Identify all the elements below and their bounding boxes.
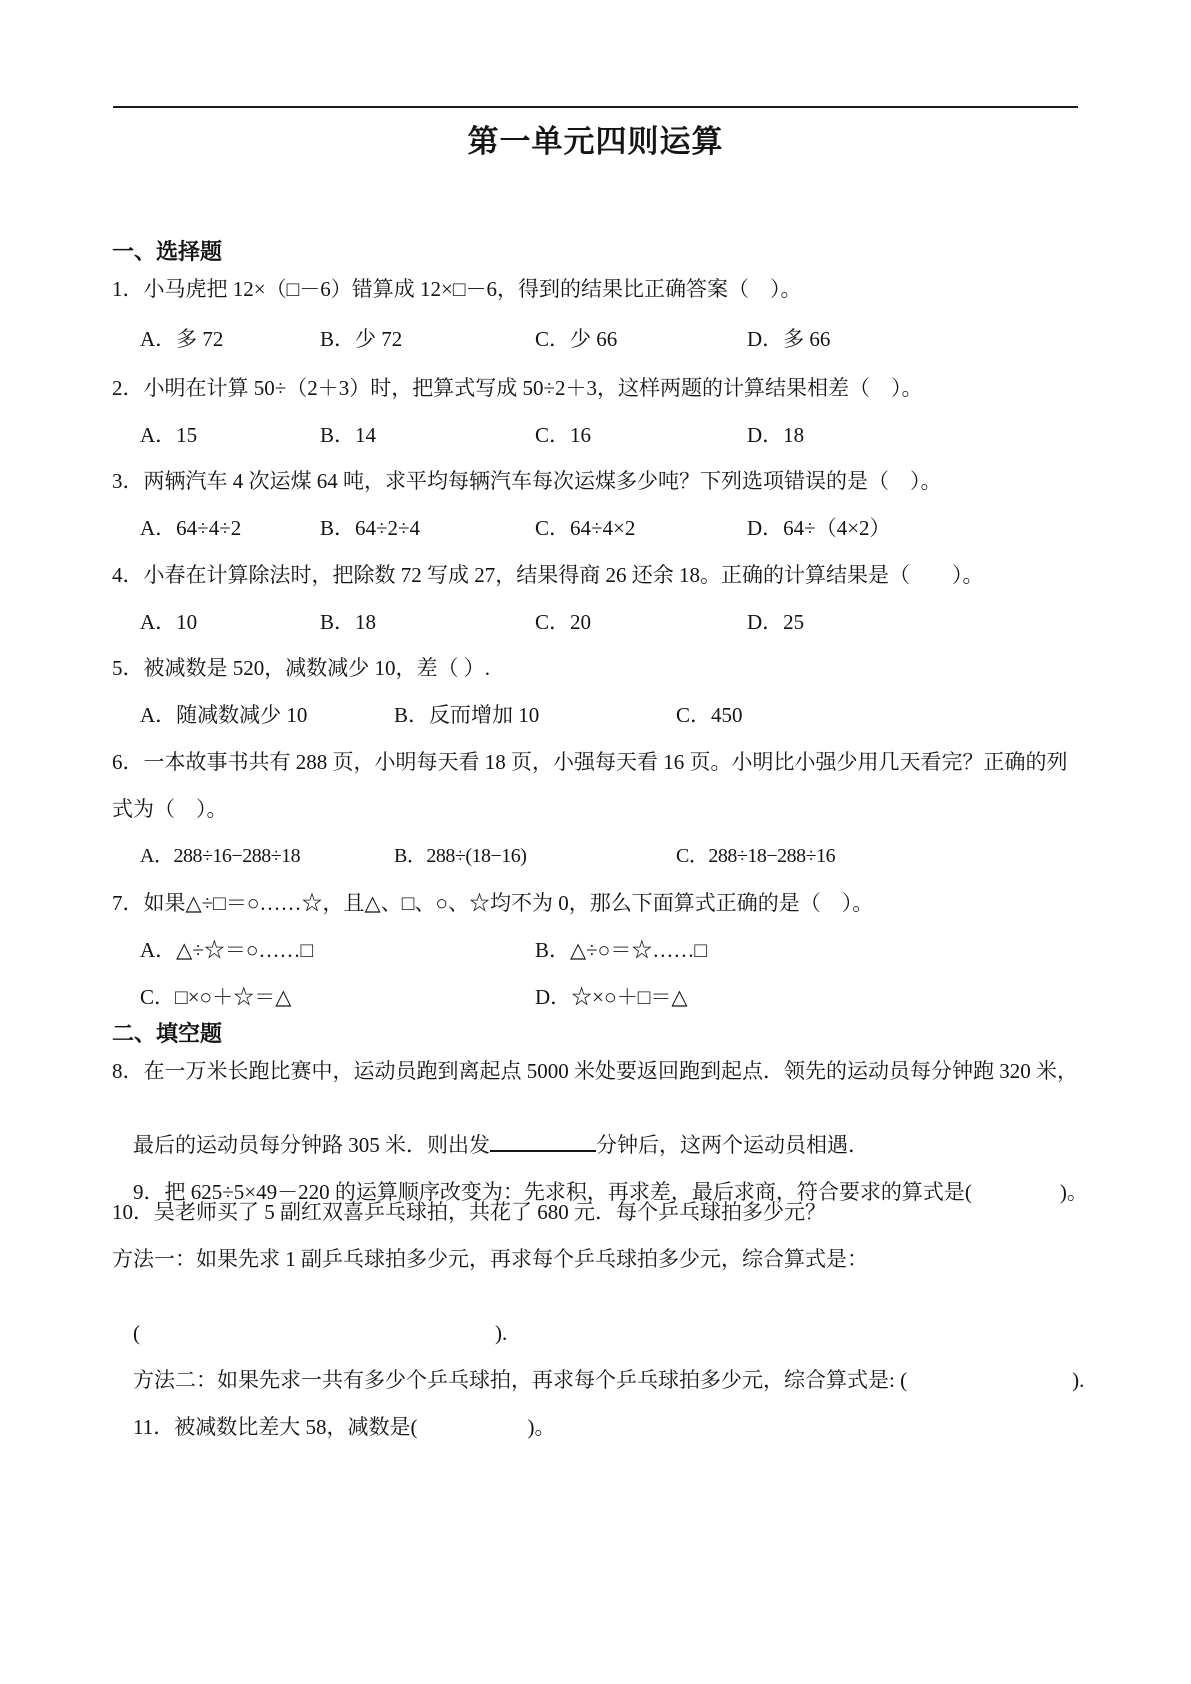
question-7: 7．如果△÷□＝○……☆，且△、□、○、☆均不为 0，那么下面算式正确的是（ ）… <box>112 890 873 917</box>
q1-option-d: D．多 66 <box>747 326 830 353</box>
q1-option-b: B．少 72 <box>320 326 402 353</box>
q2-option-c: C．16 <box>535 422 591 449</box>
q7-option-a: A．△÷☆＝○……□ <box>140 937 313 964</box>
q4-option-a: A．10 <box>140 609 197 636</box>
question-10-method1: 方法一：如果先求 1 副乒乓球拍多少元，再求每个乒乓球拍多少元，综合算式是： <box>112 1246 868 1273</box>
q7-option-b: B．△÷○＝☆……□ <box>535 937 707 964</box>
q11-text-pre: 11．被减数比差大 58，减数是( <box>133 1415 417 1439</box>
header-rule <box>113 106 1078 108</box>
question-7-options-row1: A．△÷☆＝○……□ B．△÷○＝☆……□ <box>112 937 1132 964</box>
q2-option-a: A．15 <box>140 422 197 449</box>
answer-paren-gap <box>972 1198 1060 1199</box>
question-3: 3．两辆汽车 4 次运煤 64 吨，求平均每辆汽车每次运煤多少吨？下列选项错误的… <box>112 468 942 495</box>
q5-option-b: B．反而增加 10 <box>394 702 539 729</box>
q1-option-a: A．多 72 <box>140 326 223 353</box>
q3-option-d: D．64÷（4×2） <box>747 515 891 542</box>
question-7-options-row2: C．□×○＋☆＝△ D．☆×○＋□＝△ <box>112 984 1132 1011</box>
q3-option-c: C．64÷4×2 <box>535 515 635 542</box>
section-2-heading: 二、填空题 <box>112 1020 222 1047</box>
question-8-line1: 8．在一万米长跑比赛中，运动员跑到离起点 5000 米处要返回跑到起点．领先的运… <box>112 1058 1078 1085</box>
question-6-options: A．288÷16−288÷18 B．288÷(18−16) C．288÷18−2… <box>112 843 1132 870</box>
q4-option-c: C．20 <box>535 609 591 636</box>
question-5: 5．被减数是 520，减数减少 10，差（ ）. <box>112 655 490 682</box>
q5-option-c: C．450 <box>676 702 743 729</box>
question-4: 4．小春在计算除法时，把除数 72 写成 27，结果得商 26 还余 18。正确… <box>112 562 984 589</box>
q7-option-c: C．□×○＋☆＝△ <box>140 984 291 1011</box>
question-1-options: A．多 72 B．少 72 C．少 66 D．多 66 <box>112 326 1132 353</box>
worksheet-page: 第一单元四则运算 一、选择题 1．小马虎把 12×（□－6）错算成 12×□－6… <box>0 0 1191 1684</box>
question-4-options: A．10 B．18 C．20 D．25 <box>112 609 1132 636</box>
question-2: 2．小明在计算 50÷（2＋3）时，把算式写成 50÷2＋3，这样两题的计算结果… <box>112 375 923 402</box>
q3-option-a: A．64÷4÷2 <box>140 515 241 542</box>
q2-option-d: D．18 <box>747 422 804 449</box>
question-10: 10．吴老师买了 5 副红双喜乒乓球拍，共花了 680 元．每个乒乓球拍多少元？ <box>112 1199 826 1226</box>
q4-option-b: B．18 <box>320 609 376 636</box>
answer-paren-gap <box>907 1386 1072 1387</box>
q7-option-d: D．☆×○＋□＝△ <box>535 984 688 1011</box>
question-6-line1: 6．一本故事书共有 288 页，小明每天看 18 页，小强每天看 16 页。小明… <box>112 749 1068 776</box>
answer-paren-gap <box>417 1433 527 1434</box>
question-1: 1．小马虎把 12×（□－6）错算成 12×□－6，得到的结果比正确答案（ ）。 <box>112 276 802 303</box>
q3-option-b: B．64÷2÷4 <box>320 515 420 542</box>
section-1-heading: 一、选择题 <box>112 238 222 265</box>
q6-option-c: C．288÷18−288÷16 <box>676 843 835 870</box>
q5-option-a: A．随减数减少 10 <box>140 702 307 729</box>
q9-paren-close: )。 <box>1060 1180 1088 1204</box>
question-6-line2: 式为（ ）。 <box>112 796 228 823</box>
q1-option-c: C．少 66 <box>535 326 617 353</box>
q2-option-b: B．14 <box>320 422 376 449</box>
question-3-options: A．64÷4÷2 B．64÷2÷4 C．64÷4×2 D．64÷（4×2） <box>112 515 1132 542</box>
q6-option-b: B．288÷(18−16) <box>394 843 526 870</box>
page-title: 第一单元四则运算 <box>0 116 1191 161</box>
q6-option-a: A．288÷16−288÷18 <box>140 843 300 870</box>
question-2-options: A．15 B．14 C．16 D．18 <box>112 422 1132 449</box>
q4-option-d: D．25 <box>747 609 804 636</box>
method2-paren-close: ). <box>1072 1368 1084 1392</box>
question-5-options: A．随减数减少 10 B．反而增加 10 C．450 <box>112 702 1132 729</box>
question-11: 11．被减数比差大 58，减数是()。 <box>112 1387 555 1468</box>
q11-paren-close: )。 <box>527 1415 555 1439</box>
